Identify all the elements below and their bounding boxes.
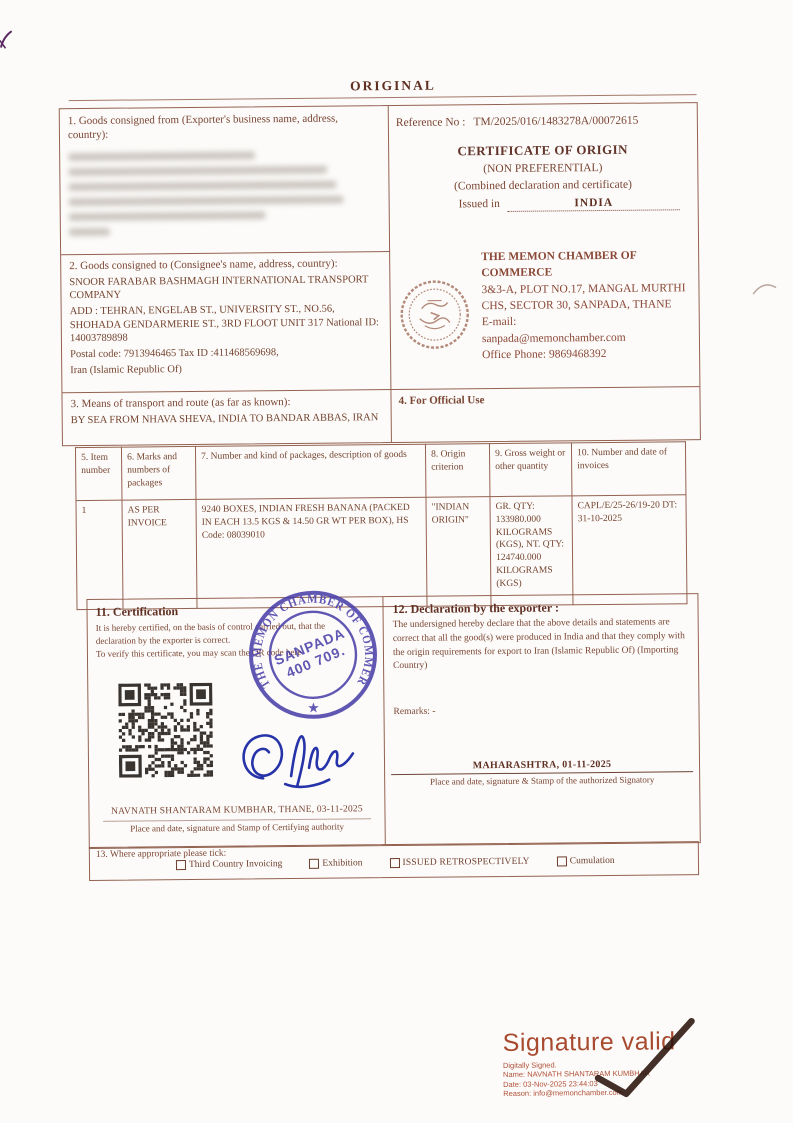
- certification-section: 11. Certification It is hereby certified…: [87, 597, 384, 848]
- field-label: 4. For Official Use: [398, 392, 691, 409]
- checkbox-icon: [557, 856, 567, 866]
- redacted-exporter-info: [68, 150, 381, 236]
- goods-table: 5. Item number 6. Marks and numbers of p…: [75, 441, 688, 610]
- chamber-info-section: THE MEMON CHAMBER OF COMMERCE 3&3-A, PLO…: [389, 241, 699, 389]
- declaration-section: 12. Declaration by the exporter : The un…: [383, 594, 699, 845]
- checkbox-icon: [176, 860, 186, 870]
- field-goods-consigned-to: 2. Goods consigned to (Consignee's name,…: [61, 251, 390, 392]
- chamber-email: sanpada@memonchamber.com: [482, 329, 691, 347]
- cell-marks-numbers: AS PER INVOICE: [122, 499, 197, 609]
- chamber-rubber-stamp: THE MEMON CHAMBER OF COMMERCE ★ SANPADA …: [245, 587, 380, 727]
- consignee-name: SNOOR FARABAR BASHMAGH INTERNATIONAL TRA…: [69, 273, 381, 303]
- chamber-phone: 9869468392: [549, 348, 607, 361]
- table-row: 1 AS PER INVOICE 9240 BOXES, INDIAN FRES…: [76, 495, 687, 610]
- checkbox-icon: [309, 859, 319, 869]
- checkbox-icon: [389, 858, 399, 868]
- checkbox-label: ISSUED RETROSPECTIVELY: [402, 857, 529, 868]
- field-label: 3. Means of transport and route (as far …: [70, 395, 382, 412]
- certifying-signatory: NAVNATH SHANTARAM KUMBHAR, THANE, 03-11-…: [89, 804, 384, 817]
- checkbox-issued-retrospectively: ISSUED RETROSPECTIVELY: [389, 857, 529, 868]
- transport-route: BY SEA FROM NHAVA SHEVA, INDIA TO BANDAR…: [71, 411, 383, 428]
- cell-invoice: CAPL/E/25-26/19-20 DT: 31-10-2025: [572, 495, 687, 605]
- col-item-number: 5. Item number: [75, 447, 122, 500]
- col-invoices: 10. Number and date of invoices: [571, 442, 686, 496]
- chamber-address: 3&3-A, PLOT NO.17, MANGAL MURTHI CHS, SE…: [481, 280, 690, 315]
- field-label: 2. Goods consigned to (Consignee's name,…: [69, 257, 381, 274]
- issued-in-country: INDIA: [508, 196, 680, 212]
- chamber-name: THE MEMON CHAMBER OF COMMERCE: [481, 247, 690, 282]
- checkbox-label: Exhibition: [322, 858, 362, 868]
- declaration-title: 12. Declaration by the exporter :: [392, 599, 688, 617]
- consignee-address: ADD : TEHRAN, ENGELAB ST., UNIVERSITY ST…: [70, 302, 382, 346]
- stamp-star-icon: ★: [308, 701, 319, 715]
- col-marks-numbers: 6. Marks and numbers of packages: [121, 446, 196, 500]
- field-official-use: 4. For Official Use: [390, 386, 699, 442]
- consignee-country: Iran (Islamic Republic Of): [70, 361, 382, 378]
- col-gross-weight: 9. Gross weight or other quantity: [489, 443, 572, 497]
- chamber-phone-label: Office Phone:: [482, 349, 546, 362]
- checkbox-label: Cumulation: [570, 856, 615, 866]
- certifying-caption: Place and date, signature and Stamp of C…: [90, 821, 385, 834]
- place-and-date: MAHARASHTRA, 01-11-2025: [385, 758, 699, 772]
- remarks: Remarks: -: [393, 707, 435, 717]
- consignee-postal-tax: Postal code: 7913946465 Tax ID :41146856…: [70, 345, 382, 362]
- tick-options-box: 13. Where appropriate please tick: Third…: [89, 841, 699, 881]
- checkbox-exhibition: Exhibition: [309, 858, 362, 869]
- table-header-row: 5. Item number 6. Marks and numbers of p…: [75, 442, 685, 501]
- checkbox-cumulation: Cumulation: [557, 856, 615, 867]
- checkbox-label: Third Country Invoicing: [189, 859, 282, 870]
- field-goods-consigned-from: 1. Goods consigned from (Exporter's busi…: [60, 106, 389, 254]
- checkbox-third-country-invoicing: Third Country Invoicing: [176, 859, 282, 870]
- col-packages-description: 7. Number and kind of packages, descript…: [195, 444, 425, 499]
- handwritten-signature: [229, 719, 360, 807]
- reference-and-title-section: Reference No :TM/2025/016/1483278A/00072…: [388, 103, 698, 244]
- chamber-email-label: E-mail:: [482, 312, 691, 330]
- cell-item-number: 1: [76, 500, 123, 609]
- form-header-box: 1. Goods consigned from (Exporter's busi…: [59, 102, 701, 446]
- reference-label: Reference No :: [396, 116, 466, 129]
- authorized-caption: Place and date, signature & Stamp of the…: [385, 774, 699, 787]
- pen-mark-icon: [750, 278, 778, 298]
- field-label: 1. Goods consigned from (Exporter's busi…: [68, 112, 380, 142]
- cell-gross-weight: GR. QTY: 133980.000 KILOGRAMS (KGS), NT.…: [490, 496, 573, 606]
- declaration-body: The undersigned hereby declare that the …: [393, 616, 690, 674]
- pen-mark-icon: [0, 30, 14, 52]
- checkmark-icon: [583, 1013, 704, 1106]
- certification-declaration-box: 11. Certification It is hereby certified…: [86, 593, 700, 849]
- reference-number: TM/2025/016/1483278A/00072615: [473, 115, 638, 129]
- chamber-seal-icon: [397, 277, 472, 352]
- field-means-of-transport: 3. Means of transport and route (as far …: [62, 389, 390, 445]
- qr-code: [118, 683, 213, 783]
- col-origin-criterion: 8. Origin criterion: [425, 444, 490, 498]
- issued-in-label: Issued in: [459, 198, 500, 212]
- scanned-certificate-page: ORIGINAL 1. Goods consigned from (Export…: [0, 0, 793, 1123]
- certificate-subtitle-2: (Combined declaration and certificate): [396, 176, 689, 196]
- cell-origin-criterion: "INDIAN ORIGIN": [426, 497, 491, 607]
